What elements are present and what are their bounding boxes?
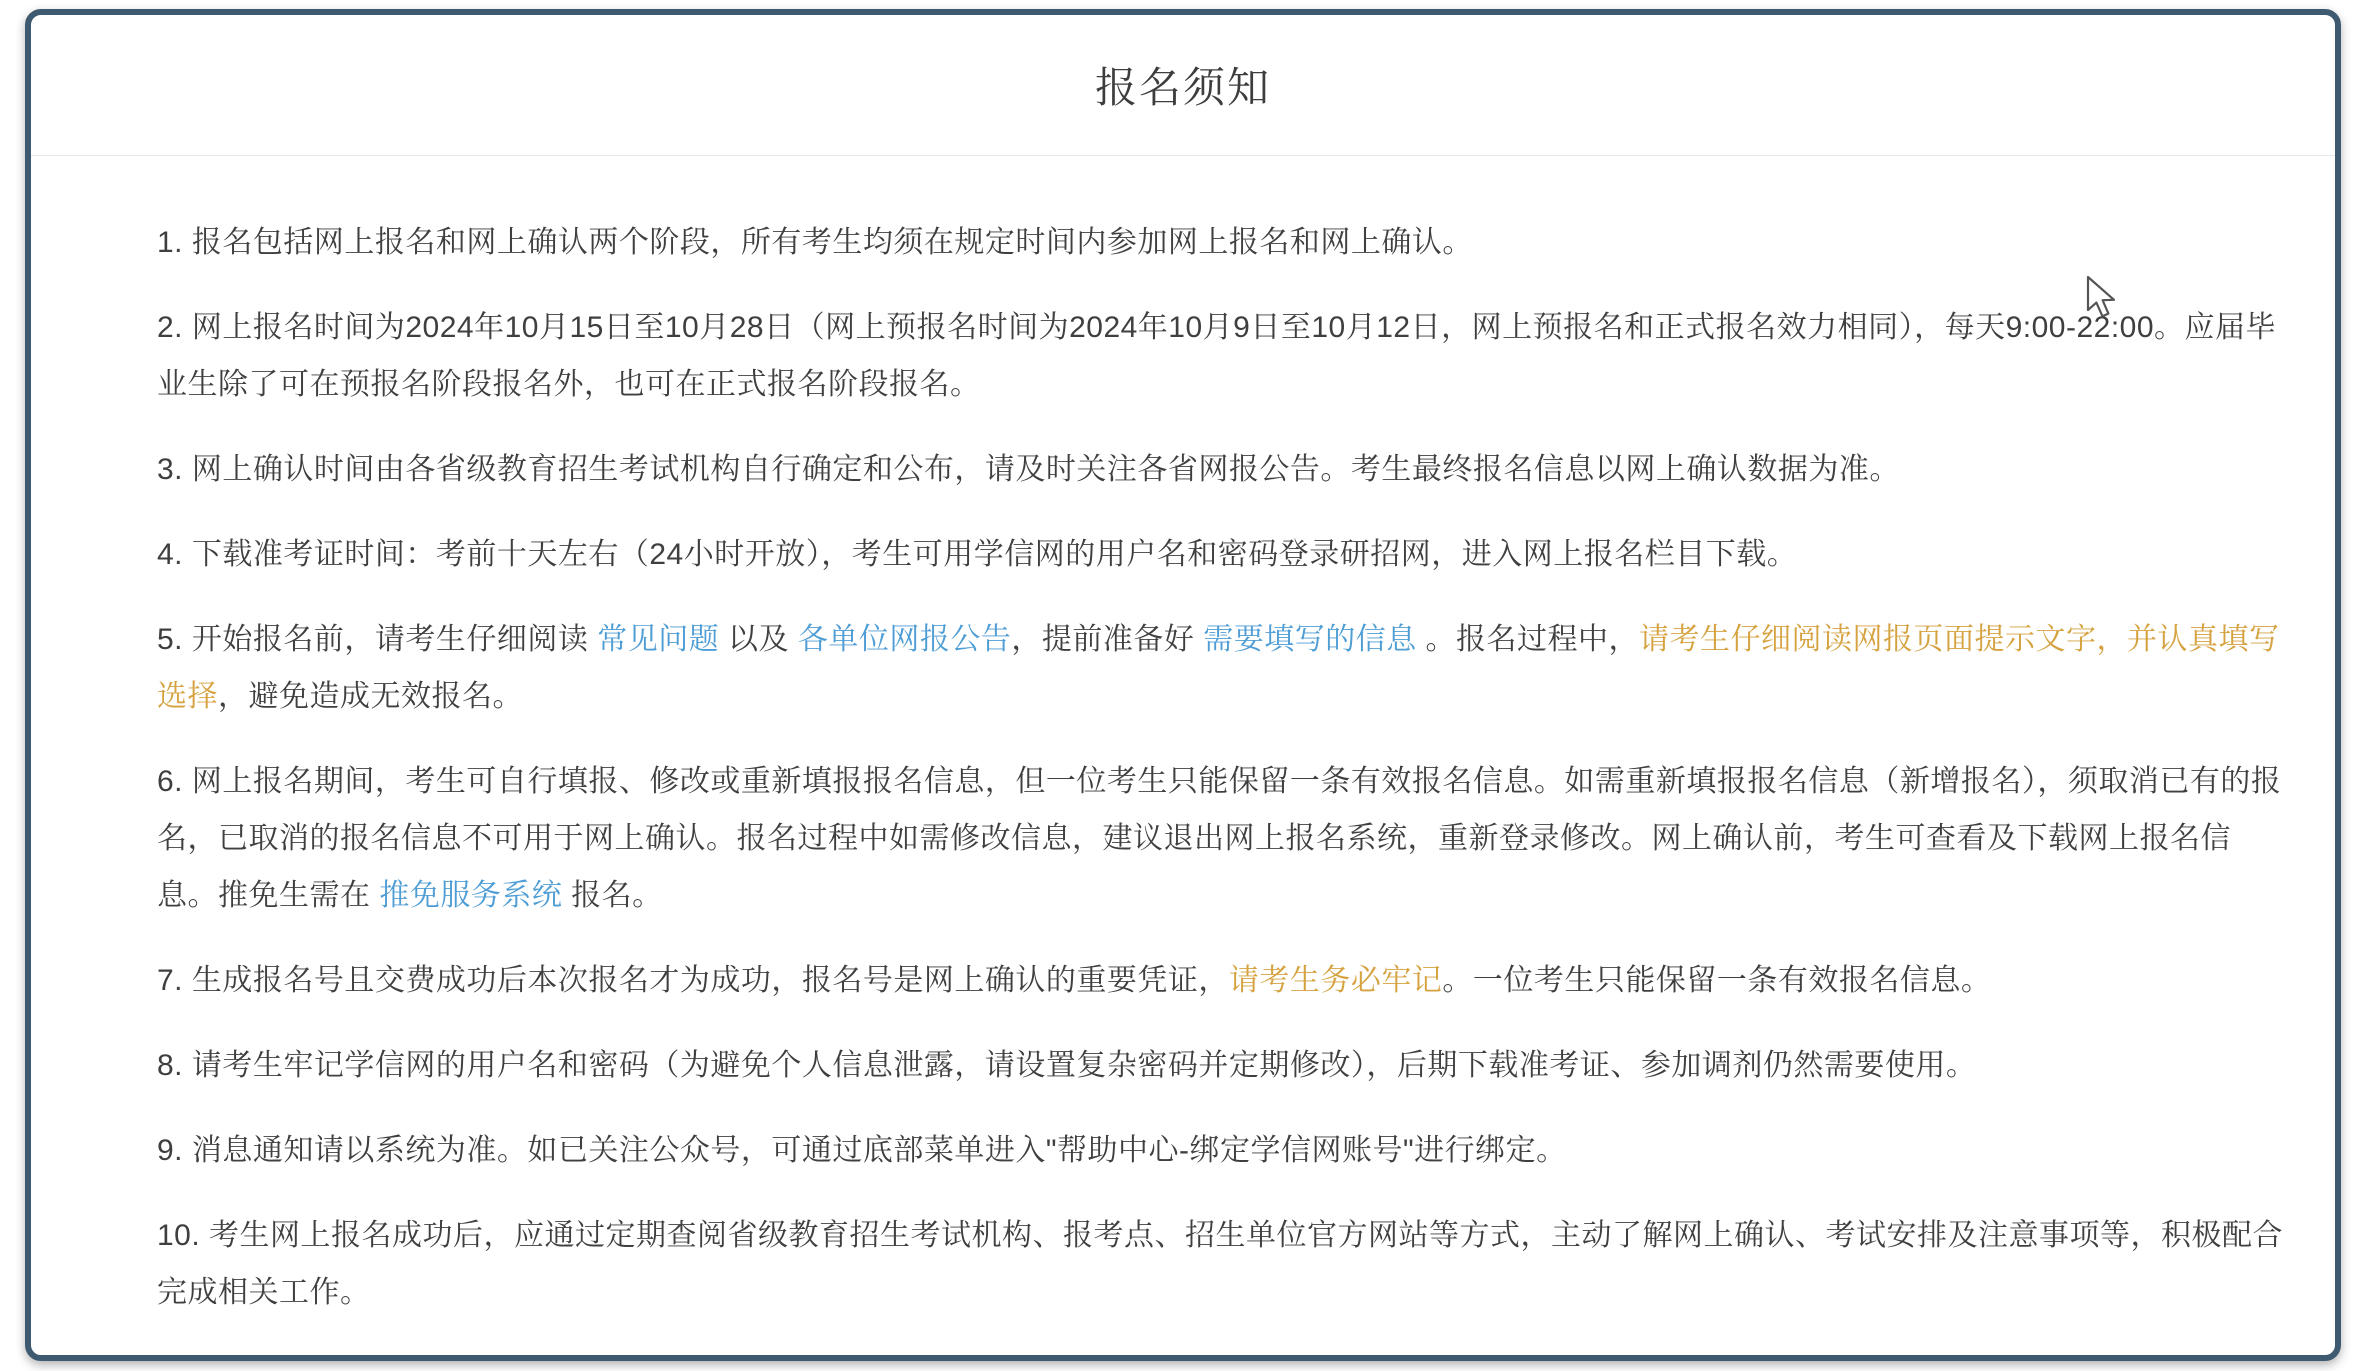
notice-text: 2. 网上报名时间为2024年10月15日至10月28日（网上预报名时间为202… — [157, 311, 2276, 401]
notice-text: 。一位考生只能保留一条有效报名信息。 — [1442, 964, 1991, 997]
notice-text: ，避免造成无效报名。 — [218, 680, 523, 713]
inline-link[interactable]: 需要填写的信息 — [1203, 623, 1417, 656]
notice-item: 10. 考生网上报名成功后，应通过定期查阅省级教育招生考试机构、报考点、招生单位… — [157, 1207, 2289, 1321]
notice-card: 报名须知 1. 报名包括网上报名和网上确认两个阶段，所有考生均须在规定时间内参加… — [25, 9, 2341, 1361]
notice-item: 2. 网上报名时间为2024年10月15日至10月28日（网上预报名时间为202… — [157, 299, 2289, 413]
notice-text: 3. 网上确认时间由各省级教育招生考试机构自行确定和公布，请及时关注各省网报公告… — [157, 453, 1900, 486]
notice-item: 8. 请考生牢记学信网的用户名和密码（为避免个人信息泄露，请设置复杂密码并定期修… — [157, 1037, 2289, 1094]
notice-item: 9. 消息通知请以系统为准。如已关注公众号，可通过底部菜单进入"帮助中心-绑定学… — [157, 1122, 2289, 1179]
notice-item: 4. 下载准考证时间：考前十天左右（24小时开放），考生可用学信网的用户名和密码… — [157, 526, 2289, 583]
notice-text: 9. 消息通知请以系统为准。如已关注公众号，可通过底部菜单进入"帮助中心-绑定学… — [157, 1134, 1567, 1167]
notice-text: 。报名过程中， — [1417, 623, 1639, 656]
notice-text: 报名。 — [562, 879, 662, 912]
notice-item: 3. 网上确认时间由各省级教育招生考试机构自行确定和公布，请及时关注各省网报公告… — [157, 441, 2289, 498]
notice-text: 7. 生成报名号且交费成功后本次报名才为成功，报名号是网上确认的重要凭证， — [157, 964, 1229, 997]
notice-item: 6. 网上报名期间，考生可自行填报、修改或重新填报报名信息，但一位考生只能保留一… — [157, 753, 2289, 924]
notice-header: 报名须知 — [31, 15, 2335, 155]
notice-text: 5. 开始报名前，请考生仔细阅读 — [157, 623, 597, 656]
notice-text: 8. 请考生牢记学信网的用户名和密码（为避免个人信息泄露，请设置复杂密码并定期修… — [157, 1049, 1976, 1082]
inline-link[interactable]: 推免服务系统 — [379, 879, 562, 912]
page-title: 报名须知 — [1095, 55, 1271, 115]
notice-text: ，提前准备好 — [1011, 623, 1203, 656]
notice-item: 1. 报名包括网上报名和网上确认两个阶段，所有考生均须在规定时间内参加网上报名和… — [157, 214, 2289, 271]
notice-text: 以及 — [719, 623, 798, 656]
notice-item: 7. 生成报名号且交费成功后本次报名才为成功，报名号是网上确认的重要凭证，请考生… — [157, 952, 2289, 1009]
inline-link[interactable]: 各单位网报公告 — [798, 623, 1012, 656]
notice-item: 5. 开始报名前，请考生仔细阅读 常见问题 以及 各单位网报公告，提前准备好 需… — [157, 611, 2289, 725]
notice-text: 4. 下载准考证时间：考前十天左右（24小时开放），考生可用学信网的用户名和密码… — [157, 538, 1797, 571]
warning-text: 请考生务必牢记 — [1229, 964, 1443, 997]
inline-link[interactable]: 常见问题 — [597, 623, 719, 656]
notice-list: 1. 报名包括网上报名和网上确认两个阶段，所有考生均须在规定时间内参加网上报名和… — [31, 156, 2335, 1361]
notice-text: 1. 报名包括网上报名和网上确认两个阶段，所有考生均须在规定时间内参加网上报名和… — [157, 226, 1473, 259]
notice-text: 10. 考生网上报名成功后，应通过定期查阅省级教育招生考试机构、报考点、招生单位… — [157, 1219, 2283, 1309]
